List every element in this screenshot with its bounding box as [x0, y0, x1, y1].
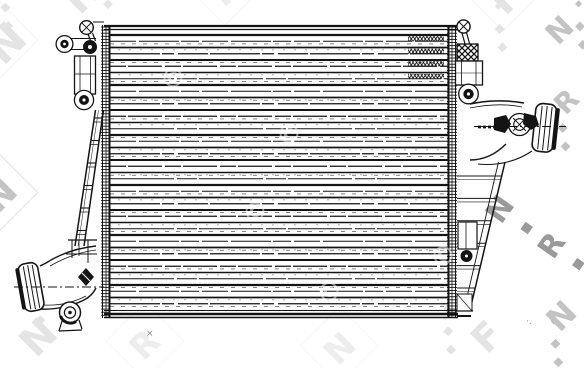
- left-bracket-box: [75, 56, 96, 94]
- technical-drawing-canvas: N R N F N R N N R N F N N R F: [0, 0, 584, 368]
- left-header-plate: [101, 25, 110, 318]
- right-tank-bracket: [458, 222, 477, 249]
- right-hose-flange: [531, 103, 560, 153]
- right-mount-block: [457, 44, 478, 61]
- right-tank: [455, 162, 505, 316]
- left-tank-ladder: [75, 110, 104, 246]
- left-inlet-pipe: [14, 240, 104, 331]
- intercooler-line-drawing: [0, 0, 584, 368]
- left-top-mount: [56, 21, 104, 110]
- stray-cross-mark: ×: [146, 330, 154, 339]
- right-top-mount: [456, 20, 483, 104]
- core-tubes: [110, 35, 448, 306]
- core: [104, 26, 460, 318]
- stray-dot-mark: ·.: [526, 318, 532, 327]
- right-outlet-pipe: [470, 101, 566, 165]
